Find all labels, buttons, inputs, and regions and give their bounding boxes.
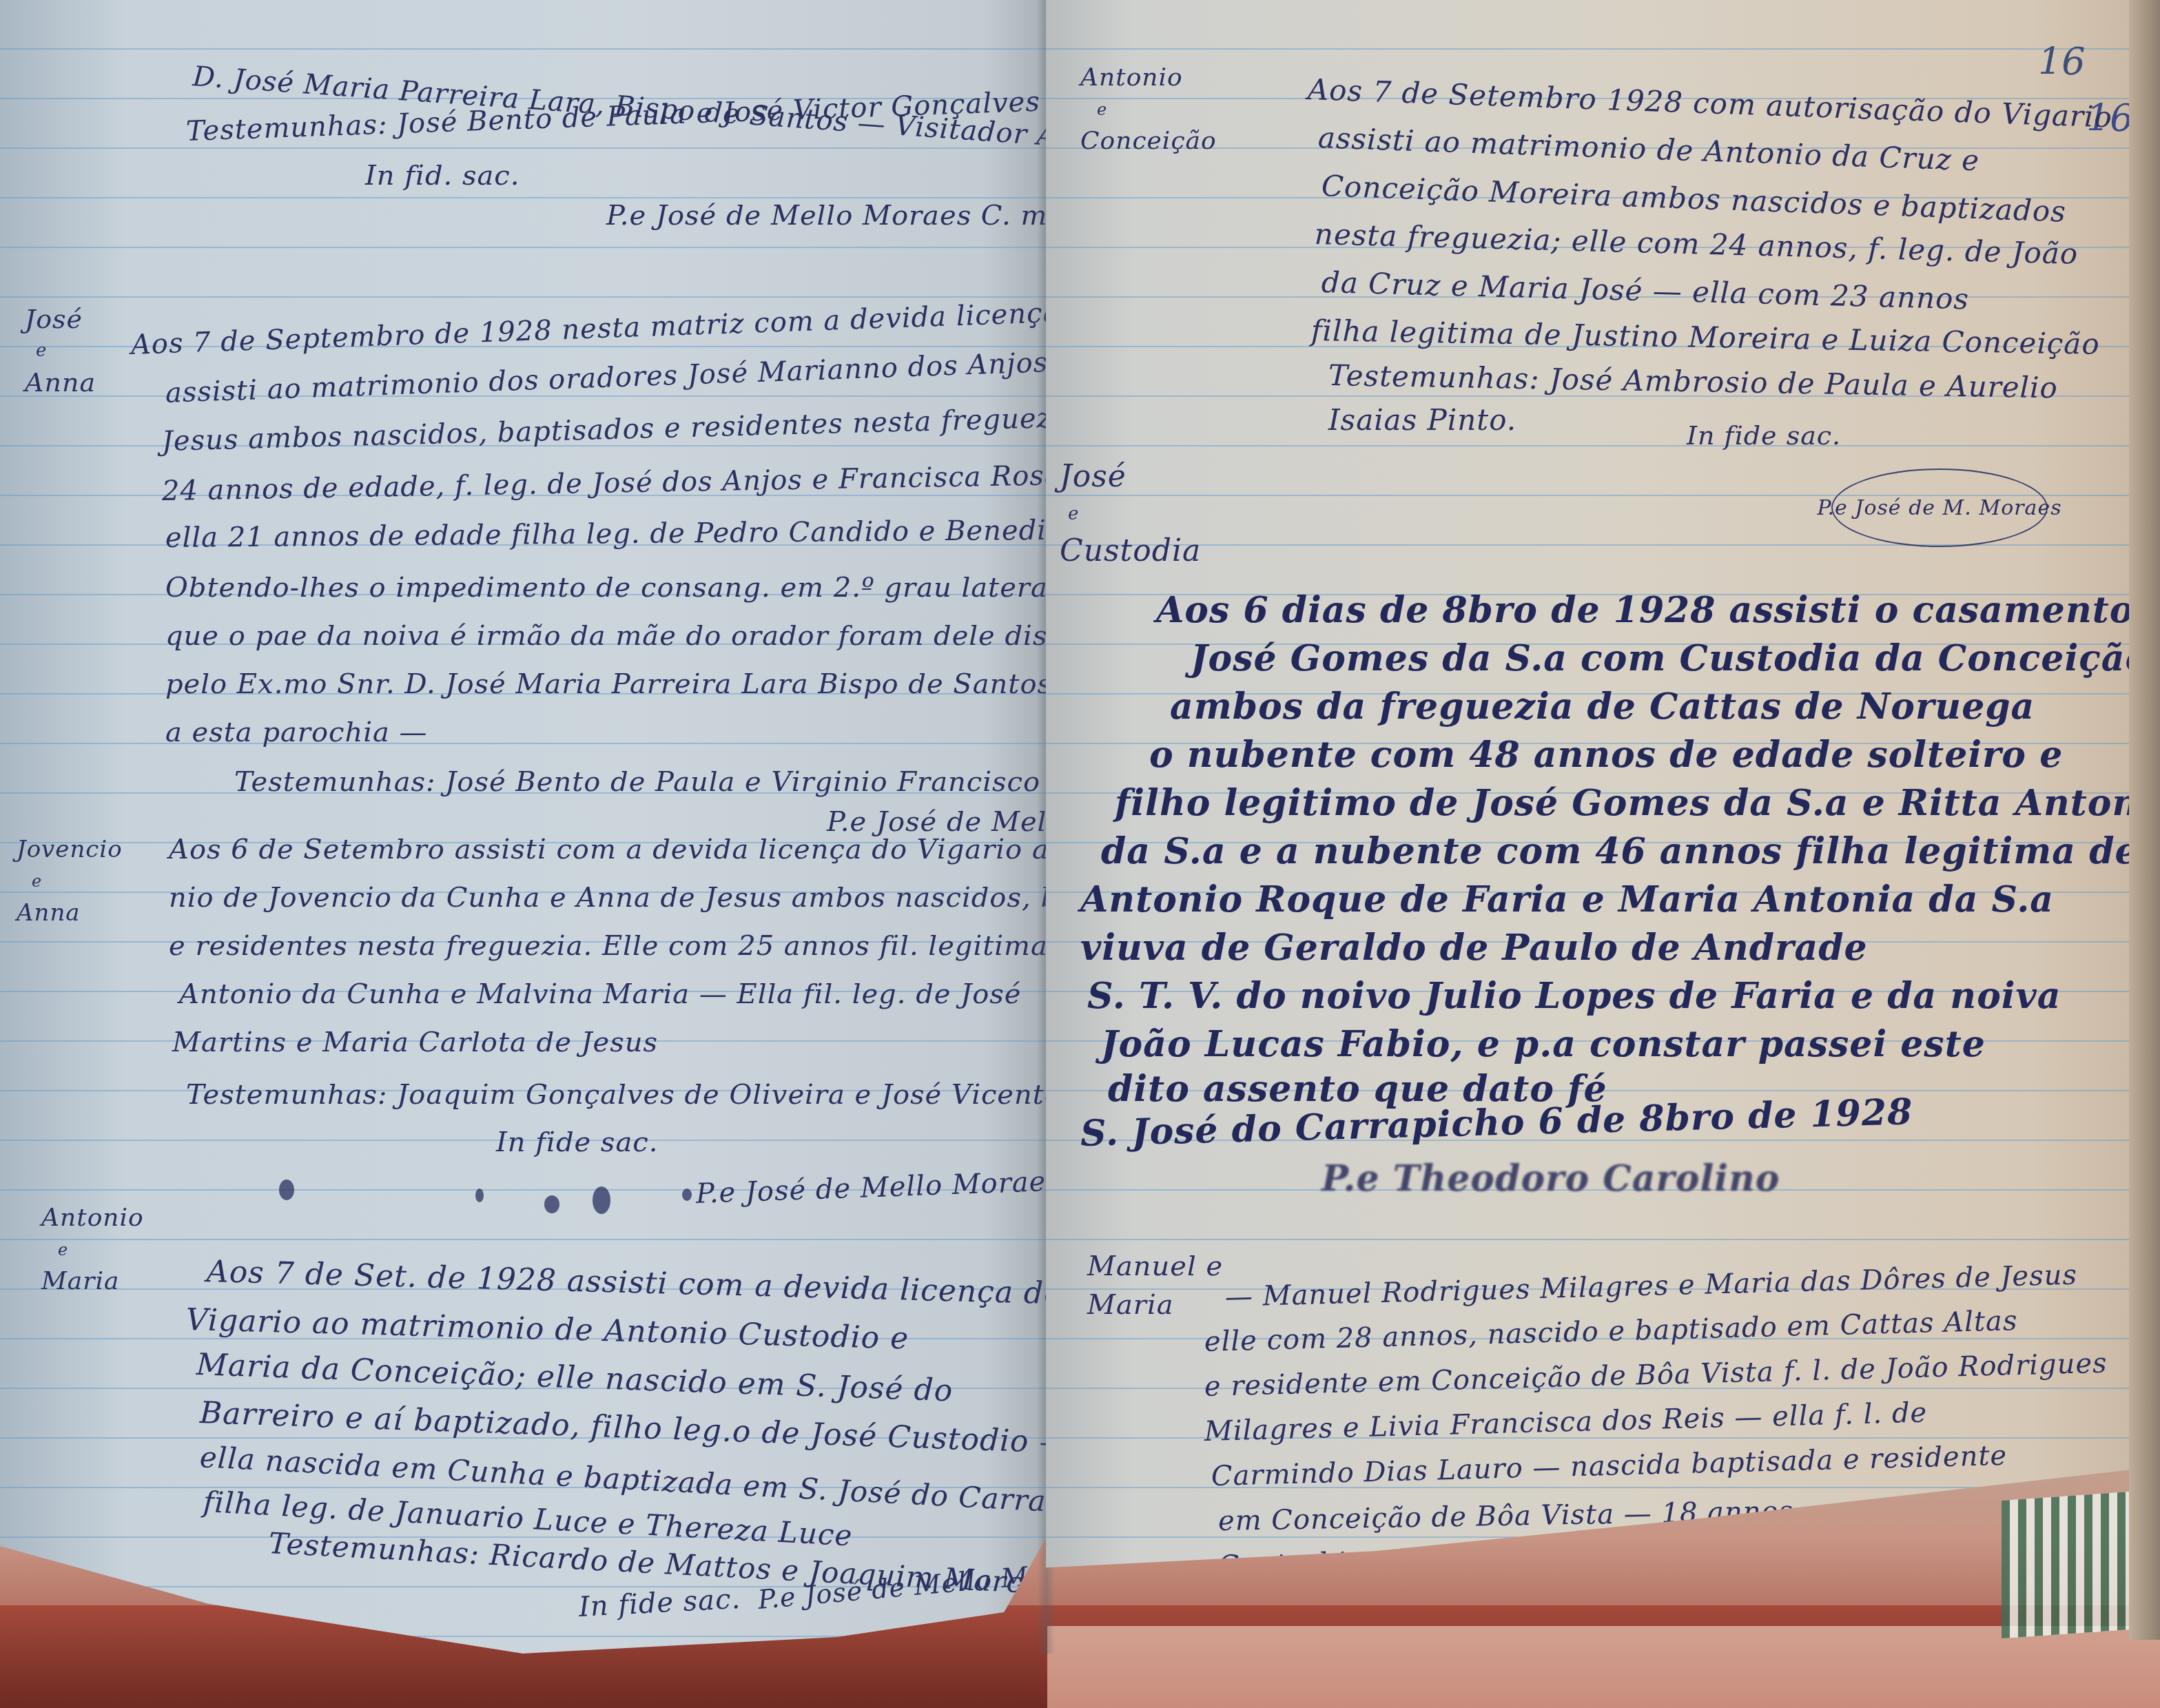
page-number-pencil: 16 [2038,40,2086,83]
entry-line: e residente em Conceição de Bôa Vista f.… [1204,1348,2108,1403]
entry-line: da S.a e a nubente com 46 annos filha le… [1101,830,2139,872]
entry-line: viuva de Geraldo de Paulo de Andrade [1080,927,1868,969]
continuation-signature: P.e José de Mello Moraes C. m. [606,200,1046,231]
entry-line: 24 annos de edade, f. leg. de José dos A… [162,460,1046,507]
margin-name-jose-custodia: José e Custodia [1060,458,1201,570]
entry-line: que o pae da noiva é irmão da mãe do ora… [165,620,1046,652]
entry-line: Aos 7 de Septembro de 1928 nesta matriz … [130,291,1046,361]
entry-line: João Lucas Fabio, e p.a constar passei e… [1101,1023,1986,1065]
entry-line: a esta parochia — [165,717,428,748]
entry-line: Milagres e Livia Francisca dos Reis — el… [1204,1397,1927,1448]
entry-line: — Manuel Rodrigues Milagres e Maria das … [1224,1259,2077,1313]
entry-line: Testemunhas: José Ambrosio de Paula e Au… [1328,358,2059,404]
entry-line: Jesus ambos nascidos, baptisados e resid… [161,398,1046,457]
smudged-signature: P.e Theodoro Carolino [1321,1157,1780,1200]
ink-blot [279,1180,294,1200]
left-page: D. José Maria Parreira Lara, Bispo de Sa… [0,0,1046,1654]
entry-closing: In fide sac. [1687,420,1841,451]
entry-line: Antonio da Cunha e Malvina Maria — Ella … [179,978,1021,1010]
margin-name-antonio-conceicao: Antonio e Conceição [1080,62,1217,157]
entry-line: Obtendo-lhes o impedimento de consang. e… [165,572,1046,604]
ink-blot [593,1186,610,1214]
entry-line: o nubente com 48 annos de edade solteiro… [1149,734,2063,776]
margin-name-antonio-maria: Antonio e Maria [41,1202,144,1297]
ink-blot [544,1195,559,1213]
entry-closing: In fide sac. [578,1583,741,1623]
entry-line: filha legitima de Justino Moreira e Luiz… [1311,313,2101,361]
margin-name-jose-anna: José e Anna [25,303,96,398]
entry-line: nio de Jovencio da Cunha e Anna de Jesus… [169,882,1046,914]
entry-line: filho legitimo de José Gomes da S.a e Ri… [1115,782,2141,824]
entry-line: Aos 6 de Setembro assisti com a devida l… [169,834,1046,865]
entry-line: pelo Ex.mo Snr. D. José Maria Parreira L… [165,668,1046,700]
entry-line: ella 21 annos de edade filha leg. de Ped… [165,513,1046,554]
entry-line: S. T. V. do noivo Julio Lopes de Faria e… [1087,975,2061,1017]
page-stack-edge [2129,0,2160,1640]
continuation-closing: In fid. sac. [365,160,520,192]
entry-line: Aos 6 dias de 8bro de 1928 assisti o cas… [1156,589,2141,631]
entry-closing: In fide sac. [496,1126,658,1158]
priest-signature-seal: P.e José de M. Moraes [1831,469,2048,547]
ink-blot [475,1189,484,1202]
entry-line: Carmindo Dias Lauro — nascida baptisada … [1211,1440,2007,1492]
entry-line: Isaias Pinto. [1328,403,1516,437]
entry-line: ambos da freguezia de Cattas de Noruega [1170,686,2035,728]
entry-line: Aos 7 de Set. de 1928 assisti com a devi… [206,1254,1046,1312]
entry-line: Vigario ao matrimonio de Antonio Custodi… [185,1302,909,1356]
entry-line: e residentes nesta freguezia. Elle com 2… [169,930,1046,962]
entry-line: elle com 28 annos, nascido e baptisado e… [1204,1305,2018,1358]
ink-blot [682,1189,692,1201]
entry-line: Antonio Roque de Faria e Maria Antonia d… [1080,878,2054,920]
entry-witnesses: Testemunhas: José Bento de Paula e Virgi… [234,766,1046,798]
margin-name-manuel-maria: Manuel e Maria [1087,1247,1223,1324]
entry-line: nesta freguezia; elle com 24 annos, f. l… [1314,217,2079,271]
entry-line: da Cruz e Maria José — ella com 23 annos [1321,265,1969,316]
right-page: 16 16 Antonio e Conceição Aos 7 de Setem… [1046,0,2141,1650]
margin-name-jovencio-anna: Jovencio e Anna [17,834,123,929]
entry-line: assisti ao matrimonio de Antonio da Cruz… [1317,121,1980,177]
entry-line: José Gomes da S.a com Custodia da Concei… [1191,637,2141,679]
entry-signature: P.e José de Mello Moraes C. m. [695,1162,1046,1210]
pink-surface [1047,1626,2160,1708]
entry-witnesses: Testemunhas: Joaquim Gonçalves de Olivei… [186,1079,1046,1111]
entry-line: Martins e Maria Carlota de Jesus [172,1027,658,1058]
